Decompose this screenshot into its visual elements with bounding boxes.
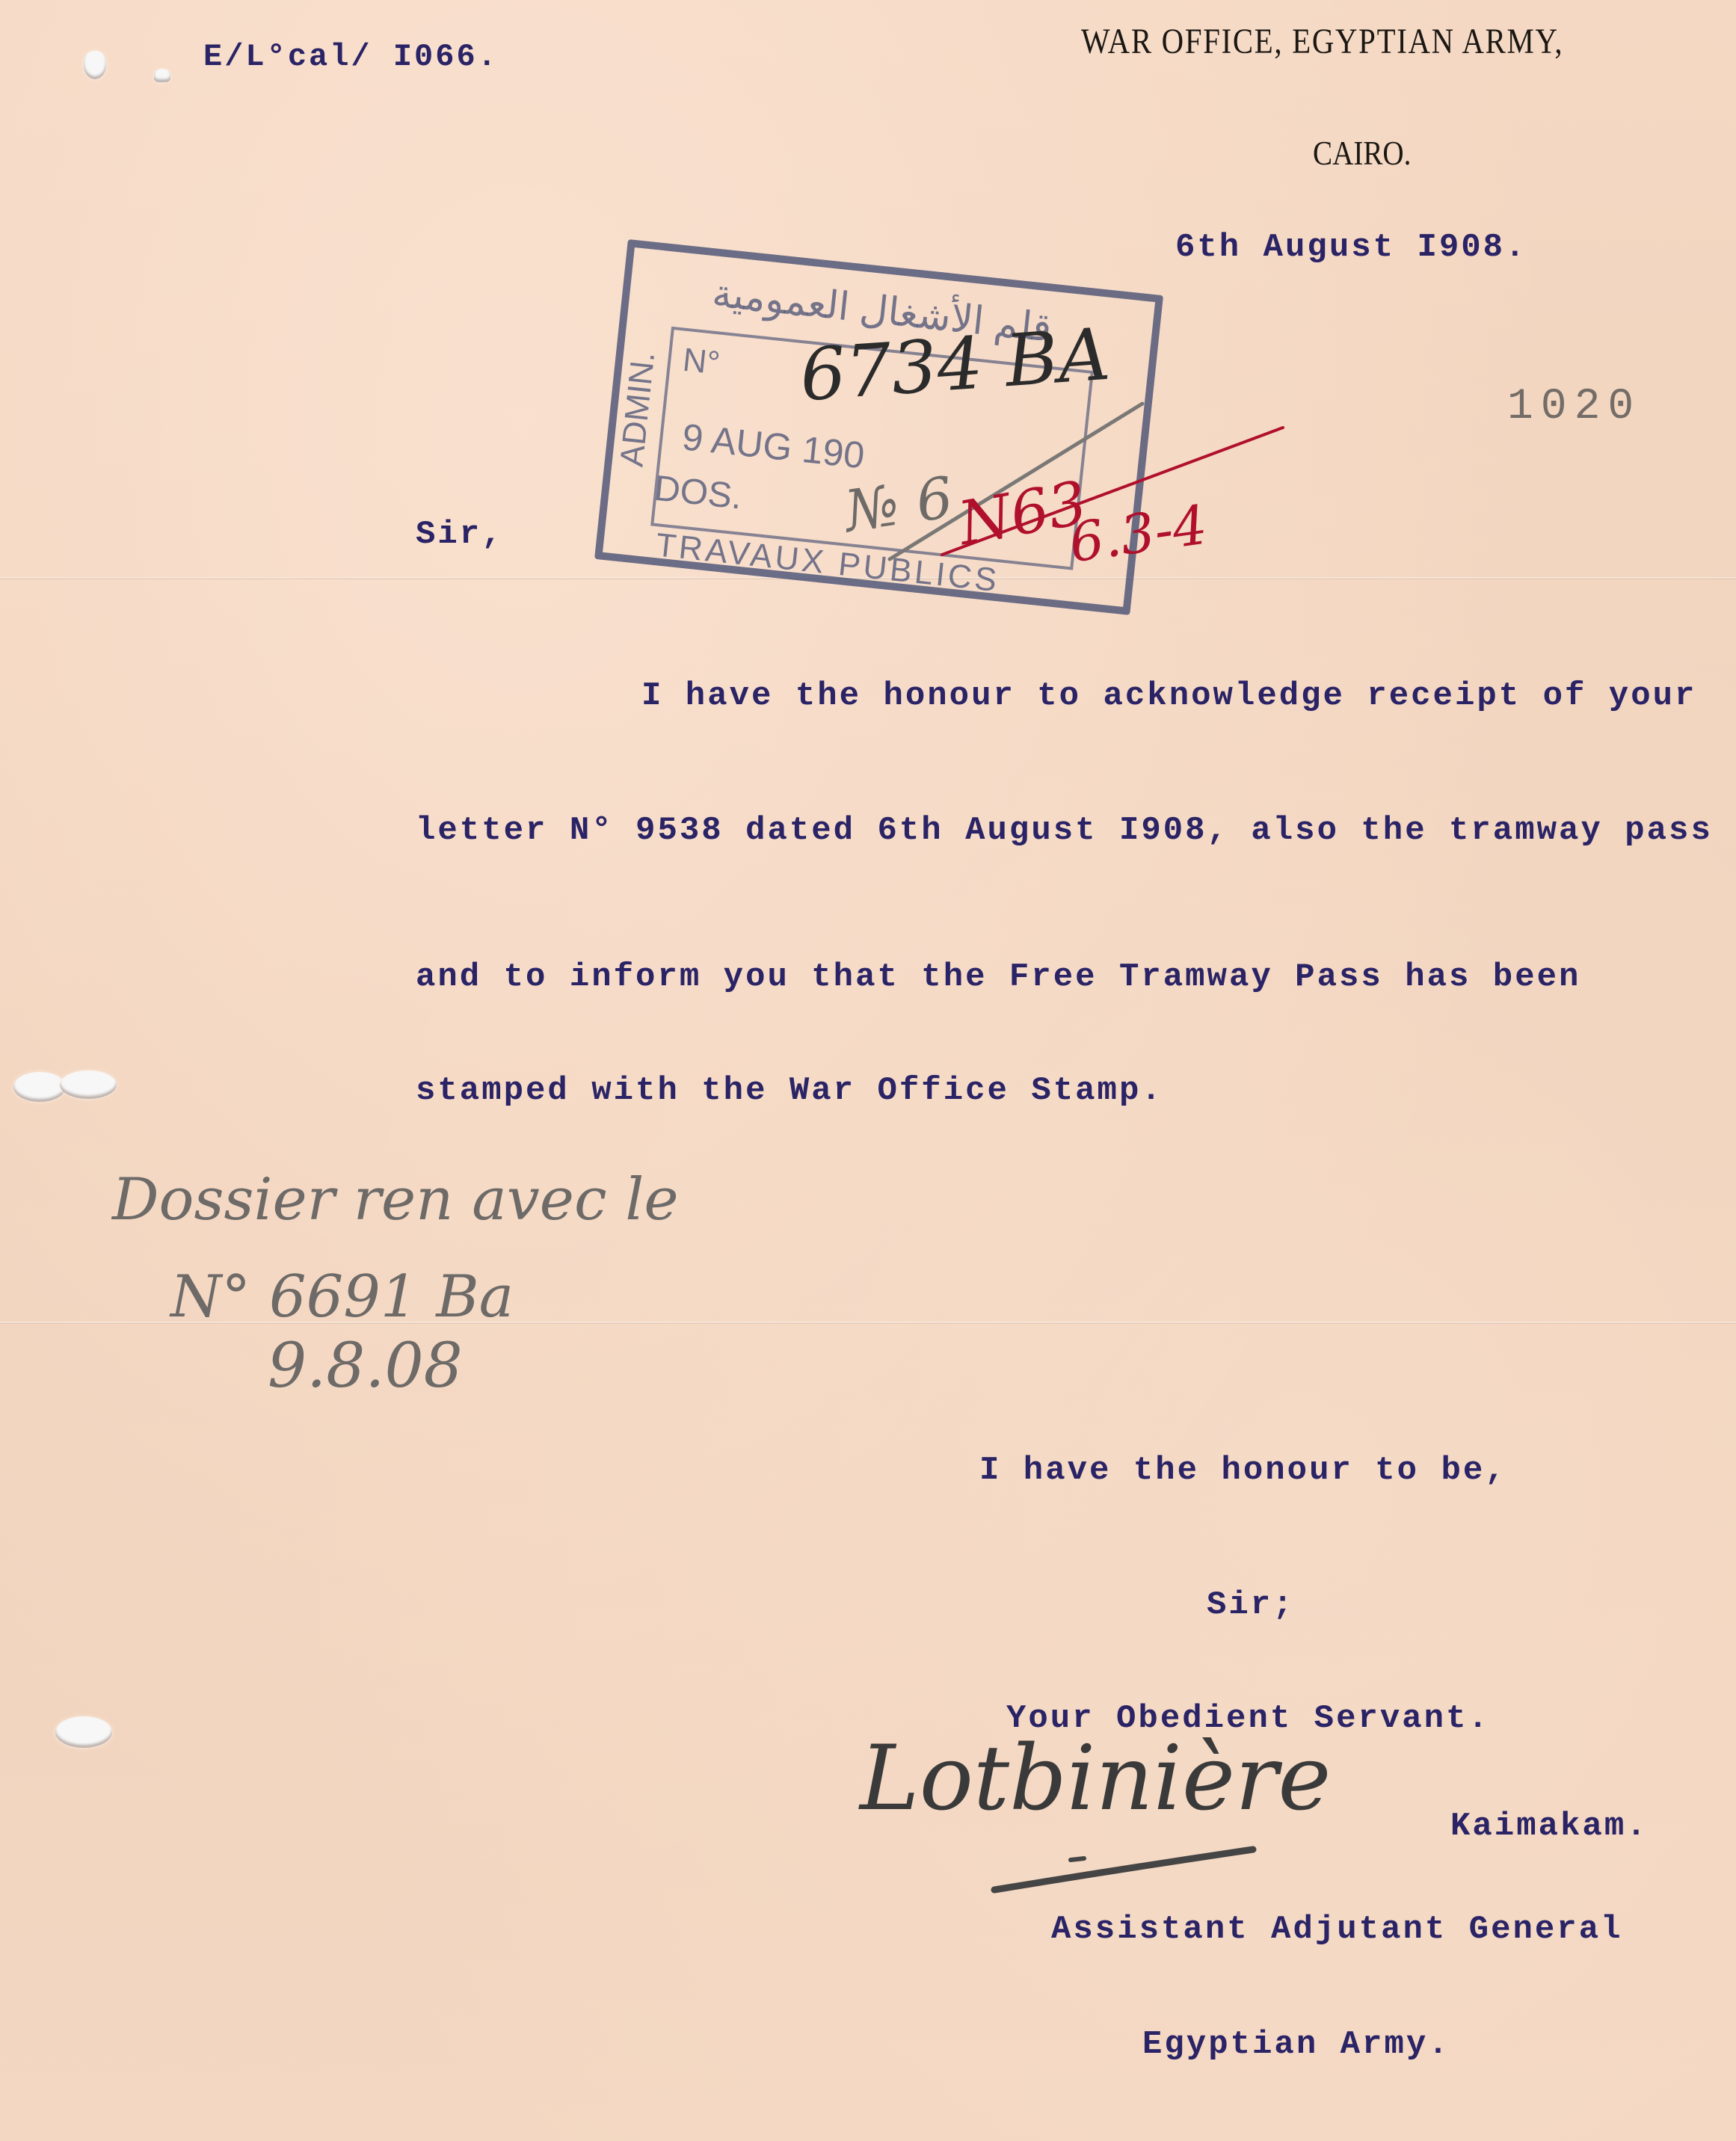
signatory-title: Assistant Adjutant General xyxy=(1051,1911,1623,1948)
signatory-organization: Egyptian Army. xyxy=(1142,2026,1450,2063)
signatory-rank: Kaimakam. xyxy=(1450,1808,1649,1845)
